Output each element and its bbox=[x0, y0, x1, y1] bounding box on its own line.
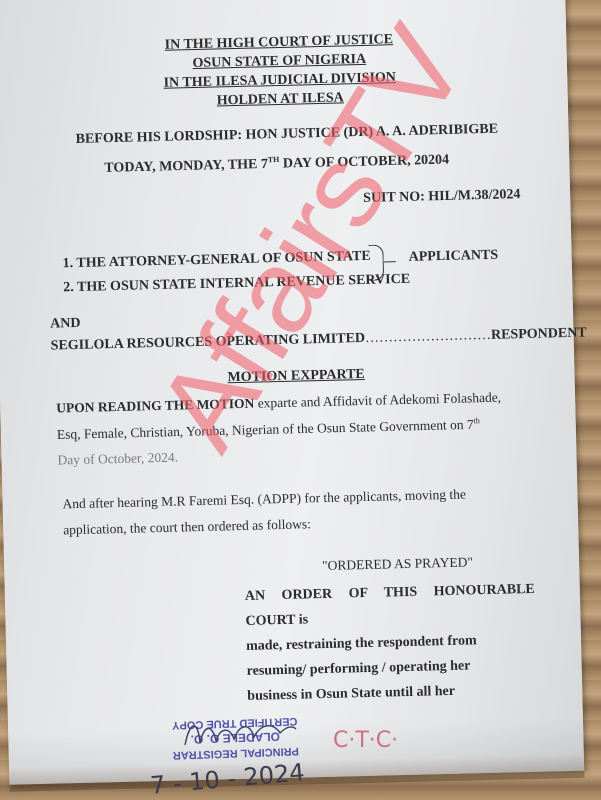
para1-line2: Esq, Female, Christian, Yoruba, Nigerian… bbox=[57, 416, 480, 443]
para1-line1: UPON READING THE MOTION exparte and Affi… bbox=[56, 390, 501, 417]
para1-line2-text: Esq, Female, Christian, Yoruba, Nigerian… bbox=[57, 417, 474, 442]
order-text: AN ORDER OF THIS HONOURABLE COURT is mad… bbox=[245, 577, 538, 709]
applicant-2: 2. THE OSUN STATE INTERNAL REVENUE SERVI… bbox=[63, 272, 410, 296]
para1-sup: th bbox=[474, 416, 480, 425]
signature-icon bbox=[180, 715, 300, 755]
para1-line3: Day of October, 2024. bbox=[57, 450, 178, 469]
para1-bold-lead: UPON READING THE MOTION bbox=[56, 396, 254, 416]
para2-line2: application, the court then ordered as f… bbox=[63, 516, 311, 538]
before-lordship-line: BEFORE HIS LORDSHIP: HON JUSTICE (DR) A.… bbox=[75, 122, 498, 148]
respondent-line: SEGILOLA RESOURCES OPERATING LIMITED…………… bbox=[51, 326, 587, 355]
date-suffix: DAY OF OCTOBER, 20204 bbox=[279, 152, 449, 171]
date-sup: TH bbox=[268, 155, 280, 164]
para1-line1-rest: exparte and Affidavit of Adekomi Folasha… bbox=[254, 390, 501, 411]
ordered-as-prayed: "ORDERED AS PRAYED" bbox=[322, 554, 473, 574]
respondent-name: SEGILOLA RESOURCES OPERATING LIMITED bbox=[51, 331, 366, 354]
applicant-1: 1. THE ATTORNEY-GENERAL OF OSUN STATE bbox=[63, 249, 371, 273]
applicants-label: APPLICANTS bbox=[408, 248, 498, 266]
date-line: TODAY, MONDAY, THE 7TH DAY OF OCTOBER, 2… bbox=[104, 151, 449, 177]
respondent-label: RESPONDENT bbox=[491, 326, 587, 343]
order-line-1: AN ORDER OF THIS HONOURABLE COURT is bbox=[245, 577, 536, 634]
applicants-brace bbox=[368, 244, 384, 280]
suit-number: SUIT NO: HIL/M.38/2024 bbox=[363, 187, 521, 207]
para2-line1: And after hearing M.R Faremi Esq. (ADPP)… bbox=[62, 487, 466, 513]
brace-tip bbox=[384, 261, 396, 262]
ctc-handwritten: C·T·C· bbox=[333, 728, 398, 753]
respondent-dots: ……………………… bbox=[365, 328, 491, 346]
motion-title: MOTION EXPPARTE bbox=[227, 367, 365, 386]
court-order-page: IN THE HIGH COURT OF JUSTICE OSUN STATE … bbox=[0, 0, 584, 785]
date-prefix: TODAY, MONDAY, THE 7 bbox=[104, 157, 268, 176]
and-label: AND bbox=[50, 316, 81, 333]
